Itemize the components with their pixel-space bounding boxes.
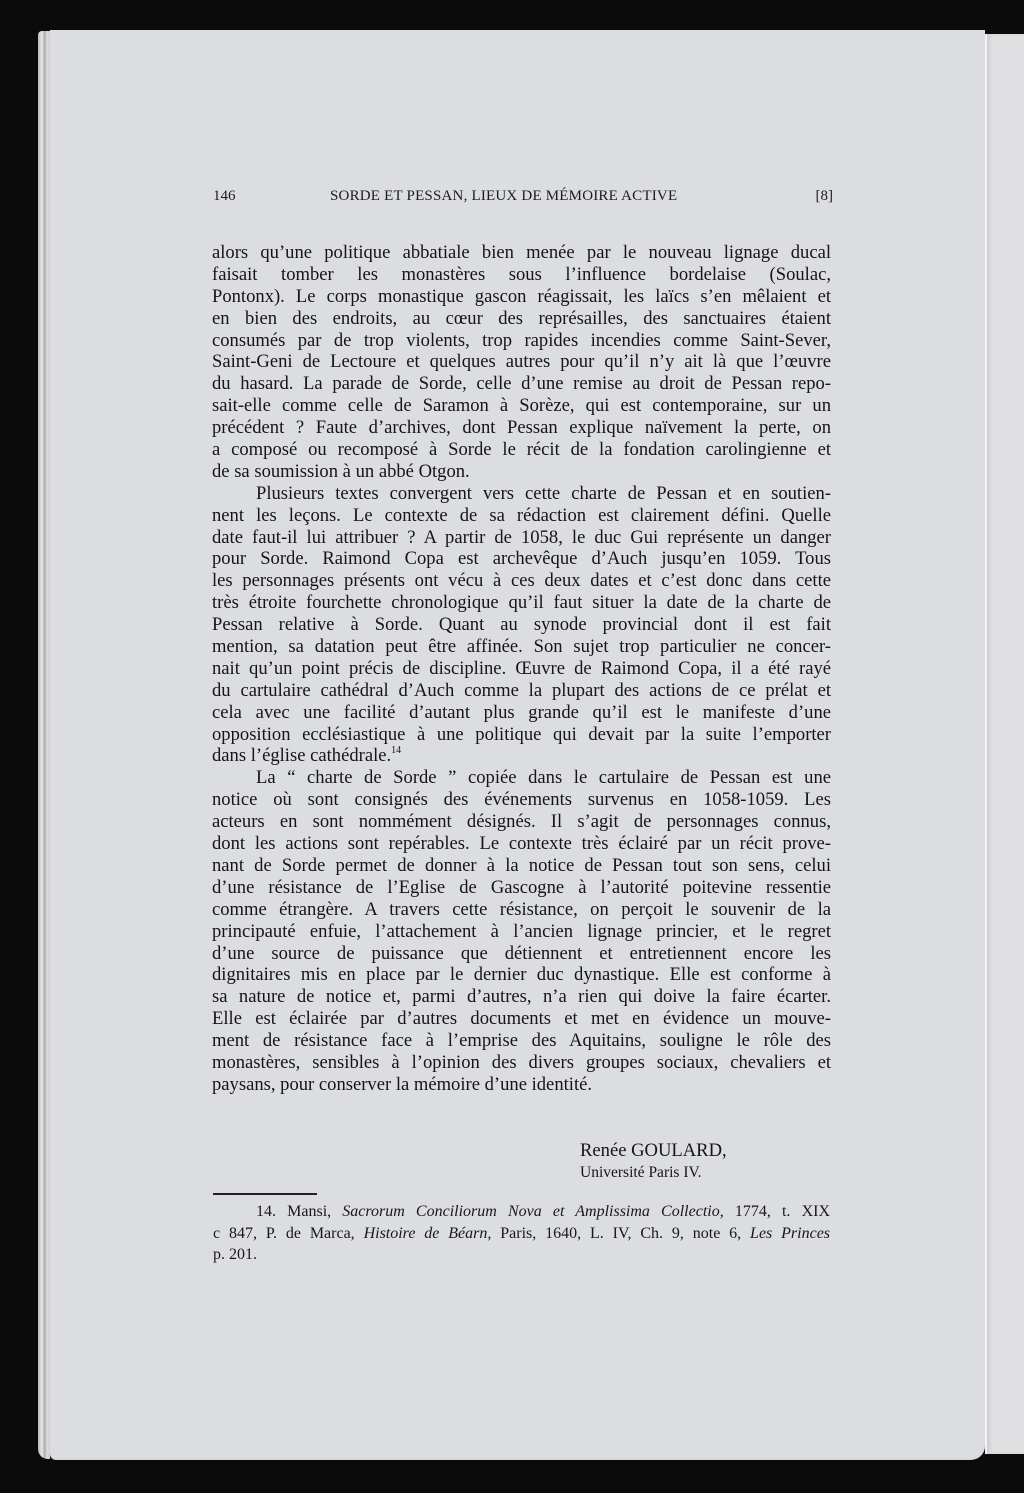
page-number: 146 <box>213 188 236 205</box>
section-marker: [8] <box>816 188 834 205</box>
footnote-text: Paris, 1640, L. IV, Ch. 9, note 6, <box>491 1225 750 1242</box>
text-line: principauté enfuie, l’attachement à l’an… <box>212 921 831 943</box>
text-line: paysans, pour conserver la mémoire d’une… <box>212 1074 831 1096</box>
author-name: Renée GOULARD, <box>580 1140 727 1162</box>
text-line: dignitaires mis en place par le dernier … <box>212 964 831 986</box>
text-line: d’une résistance de l’Eglise de Gascogne… <box>212 877 831 899</box>
text-line: monastères, sensibles à l’opinion des di… <box>212 1052 831 1074</box>
footnote-14: 14. Mansi, Sacrorum Conciliorum Nova et … <box>213 1201 830 1266</box>
body-text: alors qu’une politique abbatiale bien me… <box>212 242 831 1096</box>
running-head: 146 SORDE ET PESSAN, LIEUX DE MÉMOIRE AC… <box>213 188 833 210</box>
text-line: très étroite fourchette chronologique qu… <box>212 592 831 614</box>
text-line: Saint-Geni de Lectoure et quelques autre… <box>212 351 831 373</box>
text-line: sait-elle comme celle de Saramon à Sorèz… <box>212 395 831 417</box>
text-line: du hasard. La parade de Sorde, celle d’u… <box>212 373 831 395</box>
text-line: ment de résistance face à l’emprise des … <box>212 1030 831 1052</box>
text-line: mention, sa datation peut être affinée. … <box>212 636 831 658</box>
text-line: La “ charte de Sorde ” copiée dans le ca… <box>212 767 831 789</box>
text-line: a composé ou recomposé à Sorde le récit … <box>212 439 831 461</box>
footnote-title-italic: Les Princes <box>750 1225 830 1242</box>
footnote-line: 14. Mansi, Sacrorum Conciliorum Nova et … <box>213 1201 830 1223</box>
text-line: du cartulaire cathédral d’Auch comme la … <box>212 680 831 702</box>
text-line: Pessan relative à Sorde. Quant au synode… <box>212 614 831 636</box>
text-line: Elle est éclairée par d’autres documents… <box>212 1008 831 1030</box>
footnote-title-italic: Sacrorum Conciliorum Nova et Amplissima … <box>342 1203 723 1220</box>
text-line: précédent ? Faute d’archives, dont Pessa… <box>212 417 831 439</box>
text-line: Pontonx). Le corps monastique gascon réa… <box>212 286 831 308</box>
paragraph-3: La “ charte de Sorde ” copiée dans le ca… <box>212 767 831 1095</box>
footnote-text: Mansi, <box>287 1203 342 1220</box>
paragraph-2: Plusieurs textes convergent vers cette c… <box>212 483 831 768</box>
text-line: d’une source de puissance que détiennent… <box>212 943 831 965</box>
text-line: de sa soumission à un abbé Otgon. <box>212 461 831 483</box>
text-line: sa nature de notice et, parmi d’autres, … <box>212 986 831 1008</box>
text-line: dont les actions sont repérables. Le con… <box>212 833 831 855</box>
text-line: acteurs en sont nommément désignés. Il s… <box>212 811 831 833</box>
footnote-separator <box>213 1193 317 1195</box>
text-line: nait qu’un point précis de discipline. Œ… <box>212 658 831 680</box>
text-line-content: dans l’église cathédrale. <box>212 745 391 766</box>
footnote-line: c 847, P. de Marca, Histoire de Béarn, P… <box>213 1223 830 1245</box>
footnote-ref[interactable]: 14 <box>391 745 401 756</box>
running-title: SORDE ET PESSAN, LIEUX DE MÉMOIRE ACTIVE <box>330 188 677 205</box>
footnote-line: p. 201. <box>213 1244 830 1266</box>
text-line: faisait tomber les monastères sous l’inf… <box>212 264 831 286</box>
text-line: cela avec une facilité d’autant plus gra… <box>212 702 831 724</box>
facing-page-edge <box>985 34 1024 1454</box>
text-line: nant de Sorde permet de donner à la noti… <box>212 855 831 877</box>
text-line: notice où sont consignés des événements … <box>212 789 831 811</box>
text-line: consumés par de trop violents, trop rapi… <box>212 330 831 352</box>
text-line: les personnages présents ont vécu à ces … <box>212 570 831 592</box>
footnote-text: c 847, P. de Marca, <box>213 1225 364 1242</box>
text-line: Plusieurs textes convergent vers cette c… <box>212 483 831 505</box>
book-page-edge <box>38 31 50 1459</box>
text-line: nent les leçons. Le contexte de sa rédac… <box>212 505 831 527</box>
text-line: en bien des endroits, au cœur des représ… <box>212 308 831 330</box>
text-line: pour Sorde. Raimond Copa est archevêque … <box>212 548 831 570</box>
text-line: dans l’église cathédrale.14 <box>212 745 831 767</box>
text-line: date faut-il lui attribuer ? A partir de… <box>212 527 831 549</box>
footnote-text: 1774, t. XIX <box>724 1203 830 1220</box>
text-line: opposition ecclésiastique à une politiqu… <box>212 724 831 746</box>
text-line: comme étrangère. A travers cette résista… <box>212 899 831 921</box>
footnote-number: 14. <box>256 1203 276 1220</box>
text-line: alors qu’une politique abbatiale bien me… <box>212 242 831 264</box>
paragraph-1: alors qu’une politique abbatiale bien me… <box>212 242 831 483</box>
footnote-title-italic: Histoire de Béarn, <box>364 1225 492 1242</box>
author-affiliation: Université Paris IV. <box>580 1164 702 1182</box>
